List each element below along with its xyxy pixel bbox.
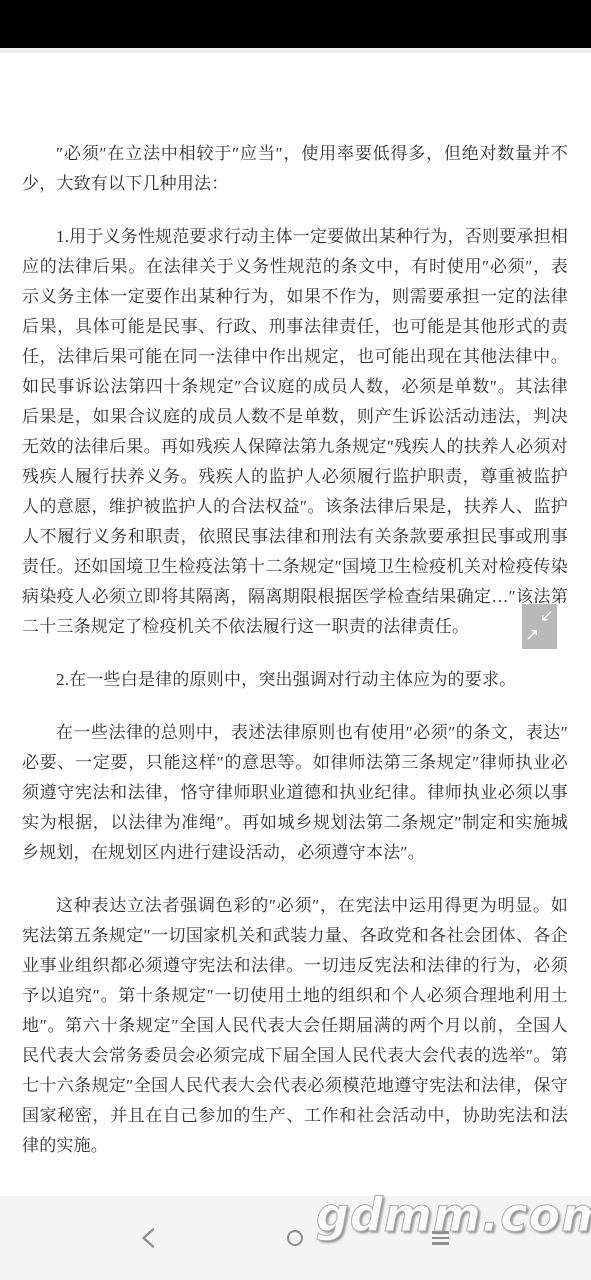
paragraph-usage-1: 1.用于义务性规范要求行动主体一定要做出某种行为，否则要承担相应的法律后果。在法… (22, 222, 568, 642)
arrow-up-right-icon: ↗ (525, 627, 539, 644)
paragraph-intro: ″必须″在立法中相较于″应当″，使用率要低得多，但绝对数量并不少，大致有以下几种… (22, 139, 568, 199)
back-button[interactable] (108, 1196, 188, 1280)
chevron-left-icon (141, 1228, 155, 1248)
paragraph-usage-2: 2.在一些白是律的原则中，突出强调对行动主体应为的要求。 (22, 665, 568, 695)
paragraph-constitution: 这种表达立法者强调色彩的″必须″，在宪法中运用得更为明显。如宪法第五条规定″一切… (22, 891, 568, 1161)
status-bar (0, 0, 591, 48)
collapse-fullscreen-button[interactable]: ↙ ↗ (522, 604, 557, 649)
paragraph-principles: 在一些法律的总则中，表述法律原则也有使用″必须″的条文，表达″必要、一定要，只能… (22, 718, 568, 868)
watermark-text: gdmm.com (316, 1188, 591, 1242)
document-page: ″必须″在立法中相较于″应当″，使用率要低得多，但绝对数量并不少，大致有以下几种… (22, 53, 568, 1184)
circle-home-icon (287, 1230, 303, 1246)
arrow-down-left-icon: ↙ (540, 608, 554, 625)
